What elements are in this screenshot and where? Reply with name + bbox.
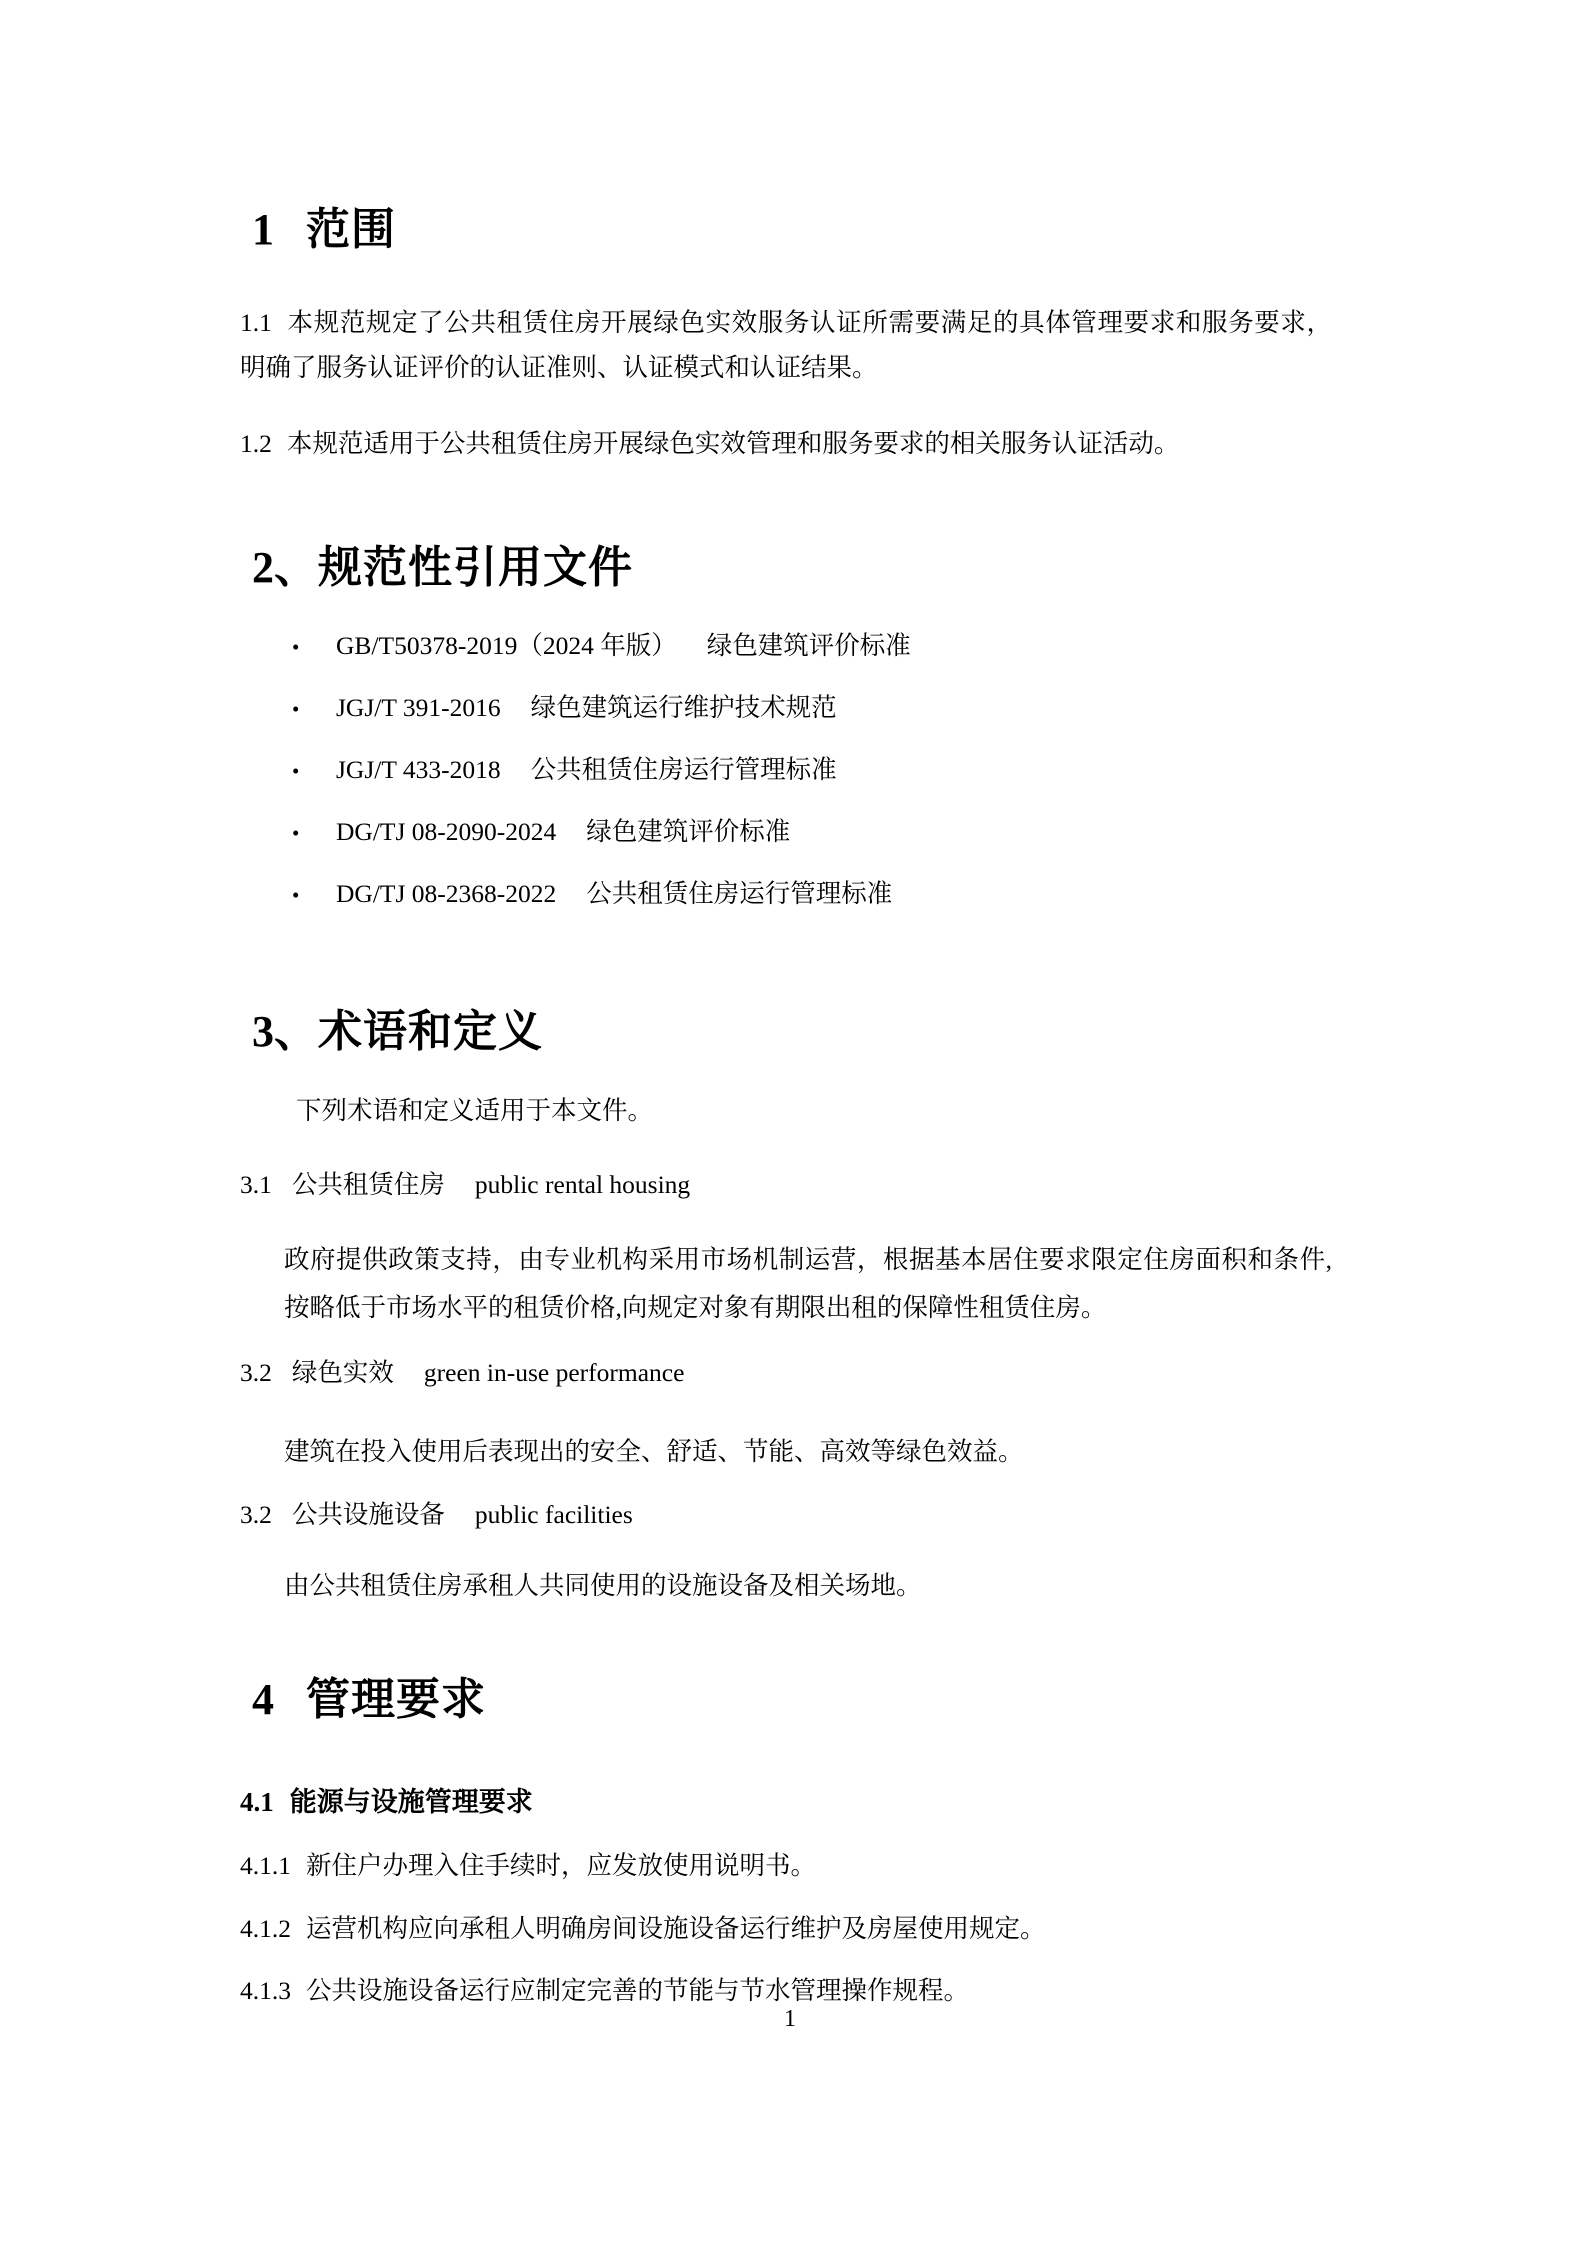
clause-4-1-2-number: 4.1.2 xyxy=(240,1914,291,1943)
reference-code: JGJ/T 433-2018 xyxy=(336,755,501,785)
section-3-heading: 3、术语和定义 xyxy=(252,1008,543,1056)
term-heading-2: 3.2绿色实效green in-use performance xyxy=(240,1356,684,1390)
reference-title: 绿色建筑评价标准 xyxy=(707,626,911,662)
term-definition-2: 建筑在投入使用后表现出的安全、舒适、节能、高效等绿色效益。 xyxy=(284,1428,1332,1476)
subsection-4-1-heading: 4.1能源与设施管理要求 xyxy=(240,1780,533,1819)
reference-title: 绿色建筑运行维护技术规范 xyxy=(531,688,837,724)
reference-item: • DG/TJ 08-2090-2024 绿色建筑评价标准 xyxy=(292,812,1332,874)
section-2-number: 2、 xyxy=(252,543,318,592)
term-zh: 公共设施设备 xyxy=(292,1500,445,1529)
clause-4-1-2: 4.1.2运营机构应向承租人明确房间设施设备运行维护及房屋使用规定。 xyxy=(240,1906,1332,1951)
clause-4-1-3-number: 4.1.3 xyxy=(240,1976,291,2005)
terms-intro: 下列术语和定义适用于本文件。 xyxy=(296,1094,653,1128)
subsection-4-1-title: 能源与设施管理要求 xyxy=(290,1787,533,1817)
term-number: 3.1 xyxy=(240,1170,272,1199)
reference-title: 绿色建筑评价标准 xyxy=(586,812,790,848)
term-number: 3.2 xyxy=(240,1358,272,1387)
clause-1-1: 1.1本规范规定了公共租赁住房开展绿色实效服务认证所需要满足的具体管理要求和服务… xyxy=(240,300,1332,390)
bullet-icon: • xyxy=(292,883,304,908)
bullet-icon: • xyxy=(292,697,304,722)
bullet-icon: • xyxy=(292,821,304,846)
page-number: 1 xyxy=(240,2006,1340,2033)
term-heading-3: 3.2公共设施设备public facilities xyxy=(240,1498,633,1532)
clause-4-1-2-text: 运营机构应向承租人明确房间设施设备运行维护及房屋使用规定。 xyxy=(306,1914,1046,1943)
clause-1-1-number: 1.1 xyxy=(240,308,272,337)
clause-1-2-number: 1.2 xyxy=(240,429,272,458)
bullet-icon: • xyxy=(292,635,304,660)
reference-list: • GB/T50378-2019（2024 年版） 绿色建筑评价标准 • JGJ… xyxy=(292,626,1332,936)
clause-1-1-text: 本规范规定了公共租赁住房开展绿色实效服务认证所需要满足的具体管理要求和服务要求，… xyxy=(240,308,1332,382)
reference-title: 公共租赁住房运行管理标准 xyxy=(586,874,892,910)
reference-item: • JGJ/T 433-2018 公共租赁住房运行管理标准 xyxy=(292,750,1332,812)
reference-item: • DG/TJ 08-2368-2022 公共租赁住房运行管理标准 xyxy=(292,874,1332,936)
term-definition-1: 政府提供政策支持，由专业机构采用市场机制运营，根据基本居住要求限定住房面积和条件… xyxy=(284,1236,1332,1332)
reference-code: JGJ/T 391-2016 xyxy=(336,693,501,723)
term-number: 3.2 xyxy=(240,1500,272,1529)
term-en: public rental housing xyxy=(475,1170,690,1199)
subsection-4-1-number: 4.1 xyxy=(240,1787,274,1817)
reference-item: • JGJ/T 391-2016 绿色建筑运行维护技术规范 xyxy=(292,688,1332,750)
section-3-number: 3、 xyxy=(252,1007,318,1056)
clause-4-1-1-number: 4.1.1 xyxy=(240,1851,291,1880)
clause-4-1-1: 4.1.1新住户办理入住手续时，应发放使用说明书。 xyxy=(240,1843,1332,1888)
section-2-title: 规范性引用文件 xyxy=(318,543,633,592)
reference-code: DG/TJ 08-2090-2024 xyxy=(336,817,556,847)
term-en: public facilities xyxy=(475,1500,633,1529)
term-zh: 绿色实效 xyxy=(292,1358,394,1387)
clause-1-2: 1.2本规范适用于公共租赁住房开展绿色实效管理和服务要求的相关服务认证活动。 xyxy=(240,421,1332,466)
section-2-heading: 2、规范性引用文件 xyxy=(252,544,633,592)
section-1-title: 范围 xyxy=(306,205,396,254)
clause-4-1-1-text: 新住户办理入住手续时，应发放使用说明书。 xyxy=(306,1851,816,1880)
section-4-number: 4 xyxy=(252,1675,274,1724)
term-heading-1: 3.1公共租赁住房public rental housing xyxy=(240,1168,690,1202)
bullet-icon: • xyxy=(292,759,304,784)
clause-4-1-3-text: 公共设施设备运行应制定完善的节能与节水管理操作规程。 xyxy=(306,1976,969,2005)
section-4-title: 管理要求 xyxy=(306,1675,486,1724)
section-3-title: 术语和定义 xyxy=(318,1007,543,1056)
term-en: green in-use performance xyxy=(424,1358,685,1387)
section-1-heading: 1范围 xyxy=(252,206,396,254)
document-page: 1范围 1.1本规范规定了公共租赁住房开展绿色实效服务认证所需要满足的具体管理要… xyxy=(0,0,1588,2245)
term-zh: 公共租赁住房 xyxy=(292,1170,445,1199)
reference-item: • GB/T50378-2019（2024 年版） 绿色建筑评价标准 xyxy=(292,626,1332,688)
reference-code: DG/TJ 08-2368-2022 xyxy=(336,879,556,909)
reference-code: GB/T50378-2019（2024 年版） xyxy=(336,626,677,662)
section-4-heading: 4管理要求 xyxy=(252,1676,486,1724)
section-1-number: 1 xyxy=(252,205,274,254)
clause-1-2-text: 本规范适用于公共租赁住房开展绿色实效管理和服务要求的相关服务认证活动。 xyxy=(287,429,1180,458)
reference-title: 公共租赁住房运行管理标准 xyxy=(531,750,837,786)
term-definition-3: 由公共租赁住房承租人共同使用的设施设备及相关场地。 xyxy=(284,1562,1332,1610)
